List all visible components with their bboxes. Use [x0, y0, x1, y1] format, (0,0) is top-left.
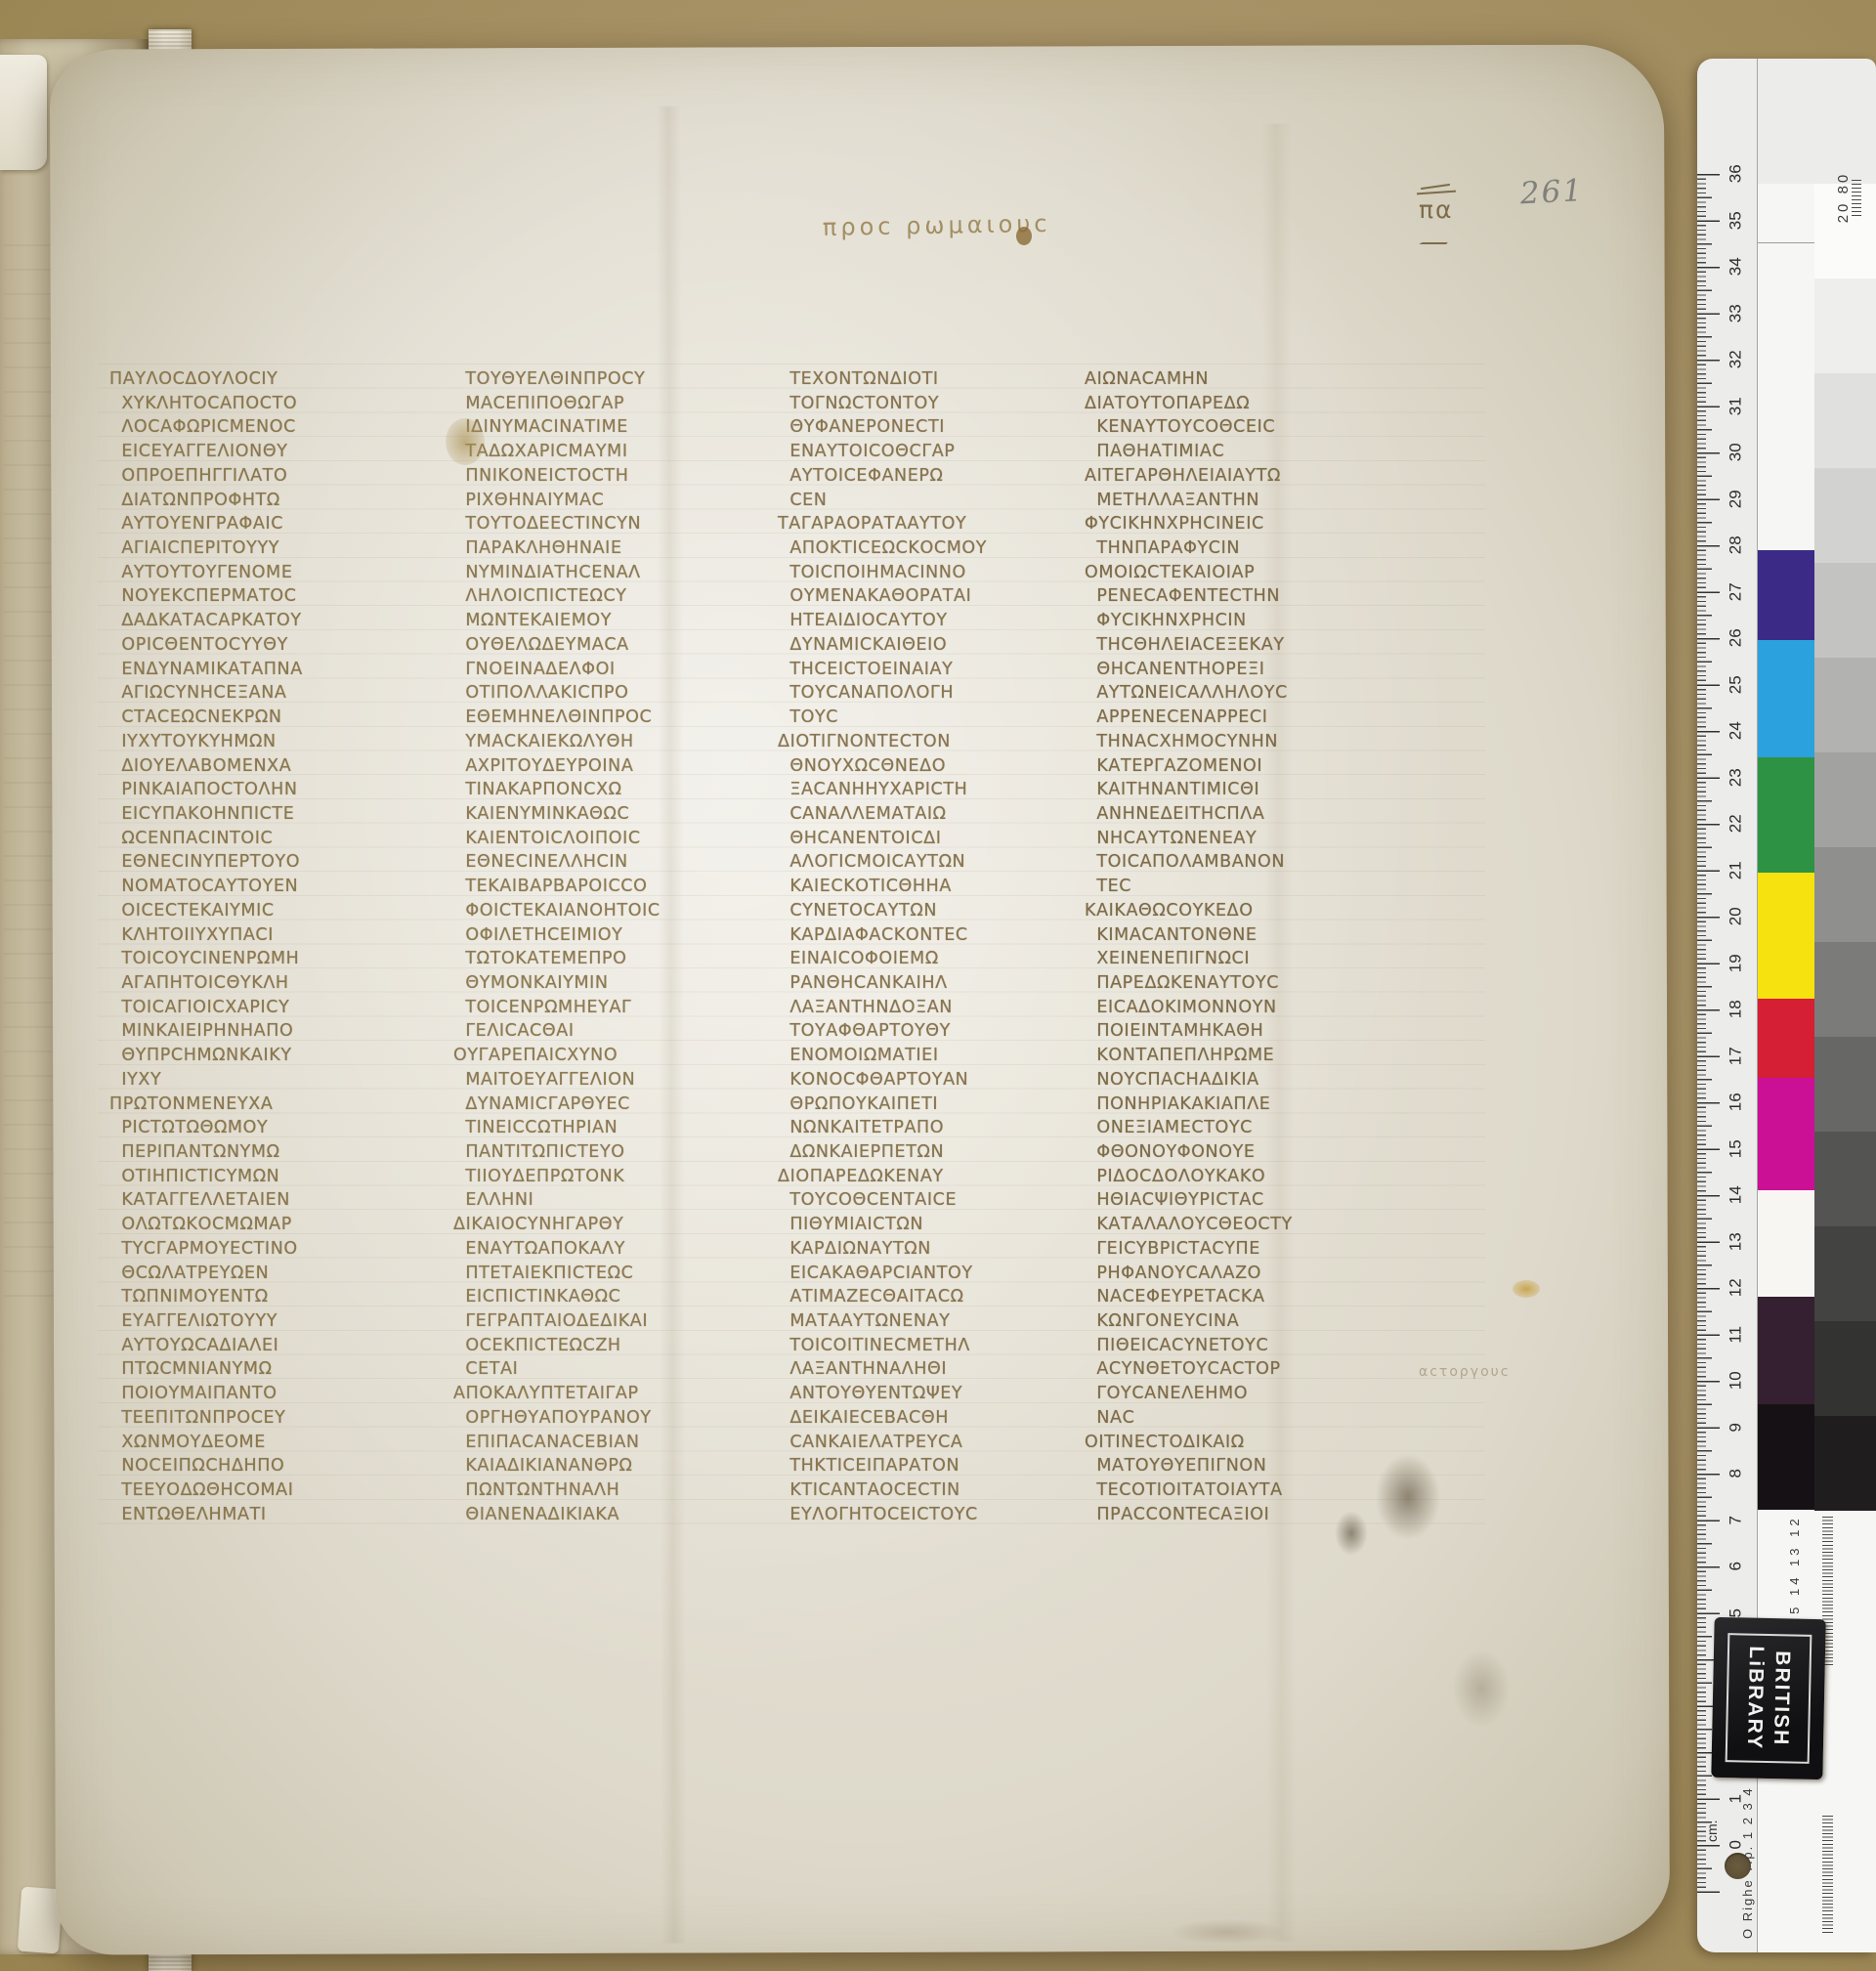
grayscale-step — [1814, 1416, 1876, 1511]
ruler-cm-unit-label: cm. — [1704, 1797, 1724, 1842]
ruler-cm-number: 21 — [1713, 847, 1758, 894]
ruler-cm-number: 15 — [1713, 1126, 1758, 1173]
color-patch — [1758, 757, 1814, 873]
color-patch — [1758, 1078, 1814, 1190]
ruler-cm-number: 24 — [1713, 707, 1758, 754]
running-title: προϲ ρωμαιουϲ — [823, 208, 1146, 253]
ruler-top-scale-ticks — [1852, 180, 1861, 219]
ruler-cm-number: 13 — [1713, 1219, 1758, 1265]
ruler-cm-number: 26 — [1713, 615, 1758, 662]
grayscale-step — [1814, 847, 1876, 942]
ruler-cm-number: 16 — [1713, 1079, 1758, 1126]
color-patch — [1758, 640, 1814, 757]
british-library-label-frame: BRITISH LiBRARY — [1726, 1633, 1812, 1764]
grayscale-wedge — [1814, 184, 1876, 1511]
british-library-label-line1: BRITISH — [1768, 1650, 1796, 1747]
ruler-cm-number: 33 — [1713, 290, 1758, 337]
ruler-top-scale: 20 80 — [1813, 167, 1872, 228]
grayscale-step — [1814, 1132, 1876, 1226]
british-library-label: BRITISH LiBRARY — [1711, 1617, 1825, 1779]
british-library-label-line2: LiBRARY — [1741, 1646, 1770, 1750]
ruler-cm-number: 18 — [1713, 986, 1758, 1033]
grayscale-step — [1814, 563, 1876, 658]
quire-mark: πα — [1407, 188, 1475, 246]
ruler-cm-number: 19 — [1713, 940, 1758, 987]
stain — [1335, 1511, 1368, 1556]
grayscale-step — [1814, 468, 1876, 563]
stain — [1169, 1919, 1286, 1945]
ruler-cm-number: 36 — [1713, 150, 1758, 197]
ruler-cm-number: 6 — [1713, 1543, 1758, 1590]
grayscale-step — [1814, 279, 1876, 373]
measurement-ruler: 3635343332313029282726252423222120191817… — [1697, 59, 1876, 1952]
text-column-2: ΤΟΥΘΥΕΛΘΙΝΠΡΟϹΥ ΜΑϹΕΠΙΠΟΘΩΓΑΡ ΙΔΙΝΥΜΑϹΙΝ… — [453, 367, 782, 1540]
binding-tab-top — [0, 55, 47, 170]
ruler-cm-number: 9 — [1713, 1404, 1758, 1451]
ruler-cm-number: 25 — [1713, 662, 1758, 708]
stain — [1452, 1650, 1511, 1728]
quire-mark-stroke — [1417, 191, 1456, 195]
ruler-cm-number: 8 — [1713, 1450, 1758, 1497]
stain — [446, 418, 485, 465]
stain — [1513, 1280, 1540, 1298]
ruler-cm-number: 22 — [1713, 800, 1758, 847]
color-patch — [1758, 1190, 1814, 1297]
text-column-4: ΑΙΩΝΑϹΑΜΗΝ ΔΙΑΤΟΥΤΟΠΑΡΕΔΩ ΚΕΝΑΥΤΟΥϹΟΘϹΕΙ… — [1085, 367, 1413, 1540]
grayscale-step — [1814, 1037, 1876, 1132]
text-column-1: ΠΑΥΛΟϹΔΟΥΛΟϹΙΥ ΧΥΚΛΗΤΟϹΑΠΟϹΤΟ ΛΟϹΑΦΩΡΙϹΜ… — [109, 367, 438, 1540]
color-patch — [1758, 1404, 1814, 1510]
color-patch — [1758, 873, 1814, 999]
color-patch — [1758, 999, 1814, 1078]
ruler-cm-number: 31 — [1713, 383, 1758, 430]
grayscale-step — [1814, 658, 1876, 752]
quire-mark-text: πα — [1419, 195, 1454, 224]
ruler-cm-number: 32 — [1713, 336, 1758, 383]
ruler-righe-ticks — [1822, 1816, 1833, 1933]
color-patch — [1758, 1297, 1814, 1404]
grayscale-step — [1814, 1321, 1876, 1416]
grayscale-step — [1814, 1226, 1876, 1321]
ruler-cm-number: 7 — [1713, 1497, 1758, 1544]
ruler-cm-number: 27 — [1713, 569, 1758, 616]
ruler-cm-number: 23 — [1713, 754, 1758, 801]
ruler-cm-number: 29 — [1713, 476, 1758, 523]
color-patch — [1758, 550, 1814, 640]
ruler-cm-number: 20 — [1713, 893, 1758, 940]
ruler-cm-number: 14 — [1713, 1172, 1758, 1219]
quire-mark-flourish — [1419, 231, 1458, 244]
ruler-cm-number: 11 — [1713, 1311, 1758, 1358]
ruler-cm-number: 12 — [1713, 1264, 1758, 1311]
color-calibration-patches — [1758, 550, 1814, 1510]
marginal-note: αϲτοργουϲ — [1419, 1364, 1575, 1386]
ruler-cm-number: 34 — [1713, 243, 1758, 290]
folio-number: 261 — [1519, 172, 1609, 220]
ruler-hole — [1725, 1853, 1751, 1879]
text-column-3: ΤΕΧΟΝΤΩΝΔΙΟΤΙ ΤΟΓΝΩϹΤΟΝΤΟΥ ΘΥΦΑΝΕΡΟΝΕϹΤΙ… — [778, 367, 1106, 1540]
ruler-cm-number: 17 — [1713, 1033, 1758, 1080]
grayscale-step — [1814, 373, 1876, 468]
stain — [1376, 1454, 1440, 1540]
ink-blot — [1016, 227, 1032, 245]
ruler-cm-number: 35 — [1713, 197, 1758, 244]
grayscale-step — [1814, 942, 1876, 1037]
ruler-cm-number: 28 — [1713, 522, 1758, 569]
ruler-cm-number: 10 — [1713, 1357, 1758, 1404]
ruler-cm-number: 30 — [1713, 429, 1758, 476]
grayscale-step — [1814, 752, 1876, 847]
manuscript-photo: προϲ ρωμαιουϲ πα 261 ΠΑΥΛΟϹΔΟΥΛΟϹΙΥ ΧΥΚΛ… — [0, 0, 1876, 1971]
